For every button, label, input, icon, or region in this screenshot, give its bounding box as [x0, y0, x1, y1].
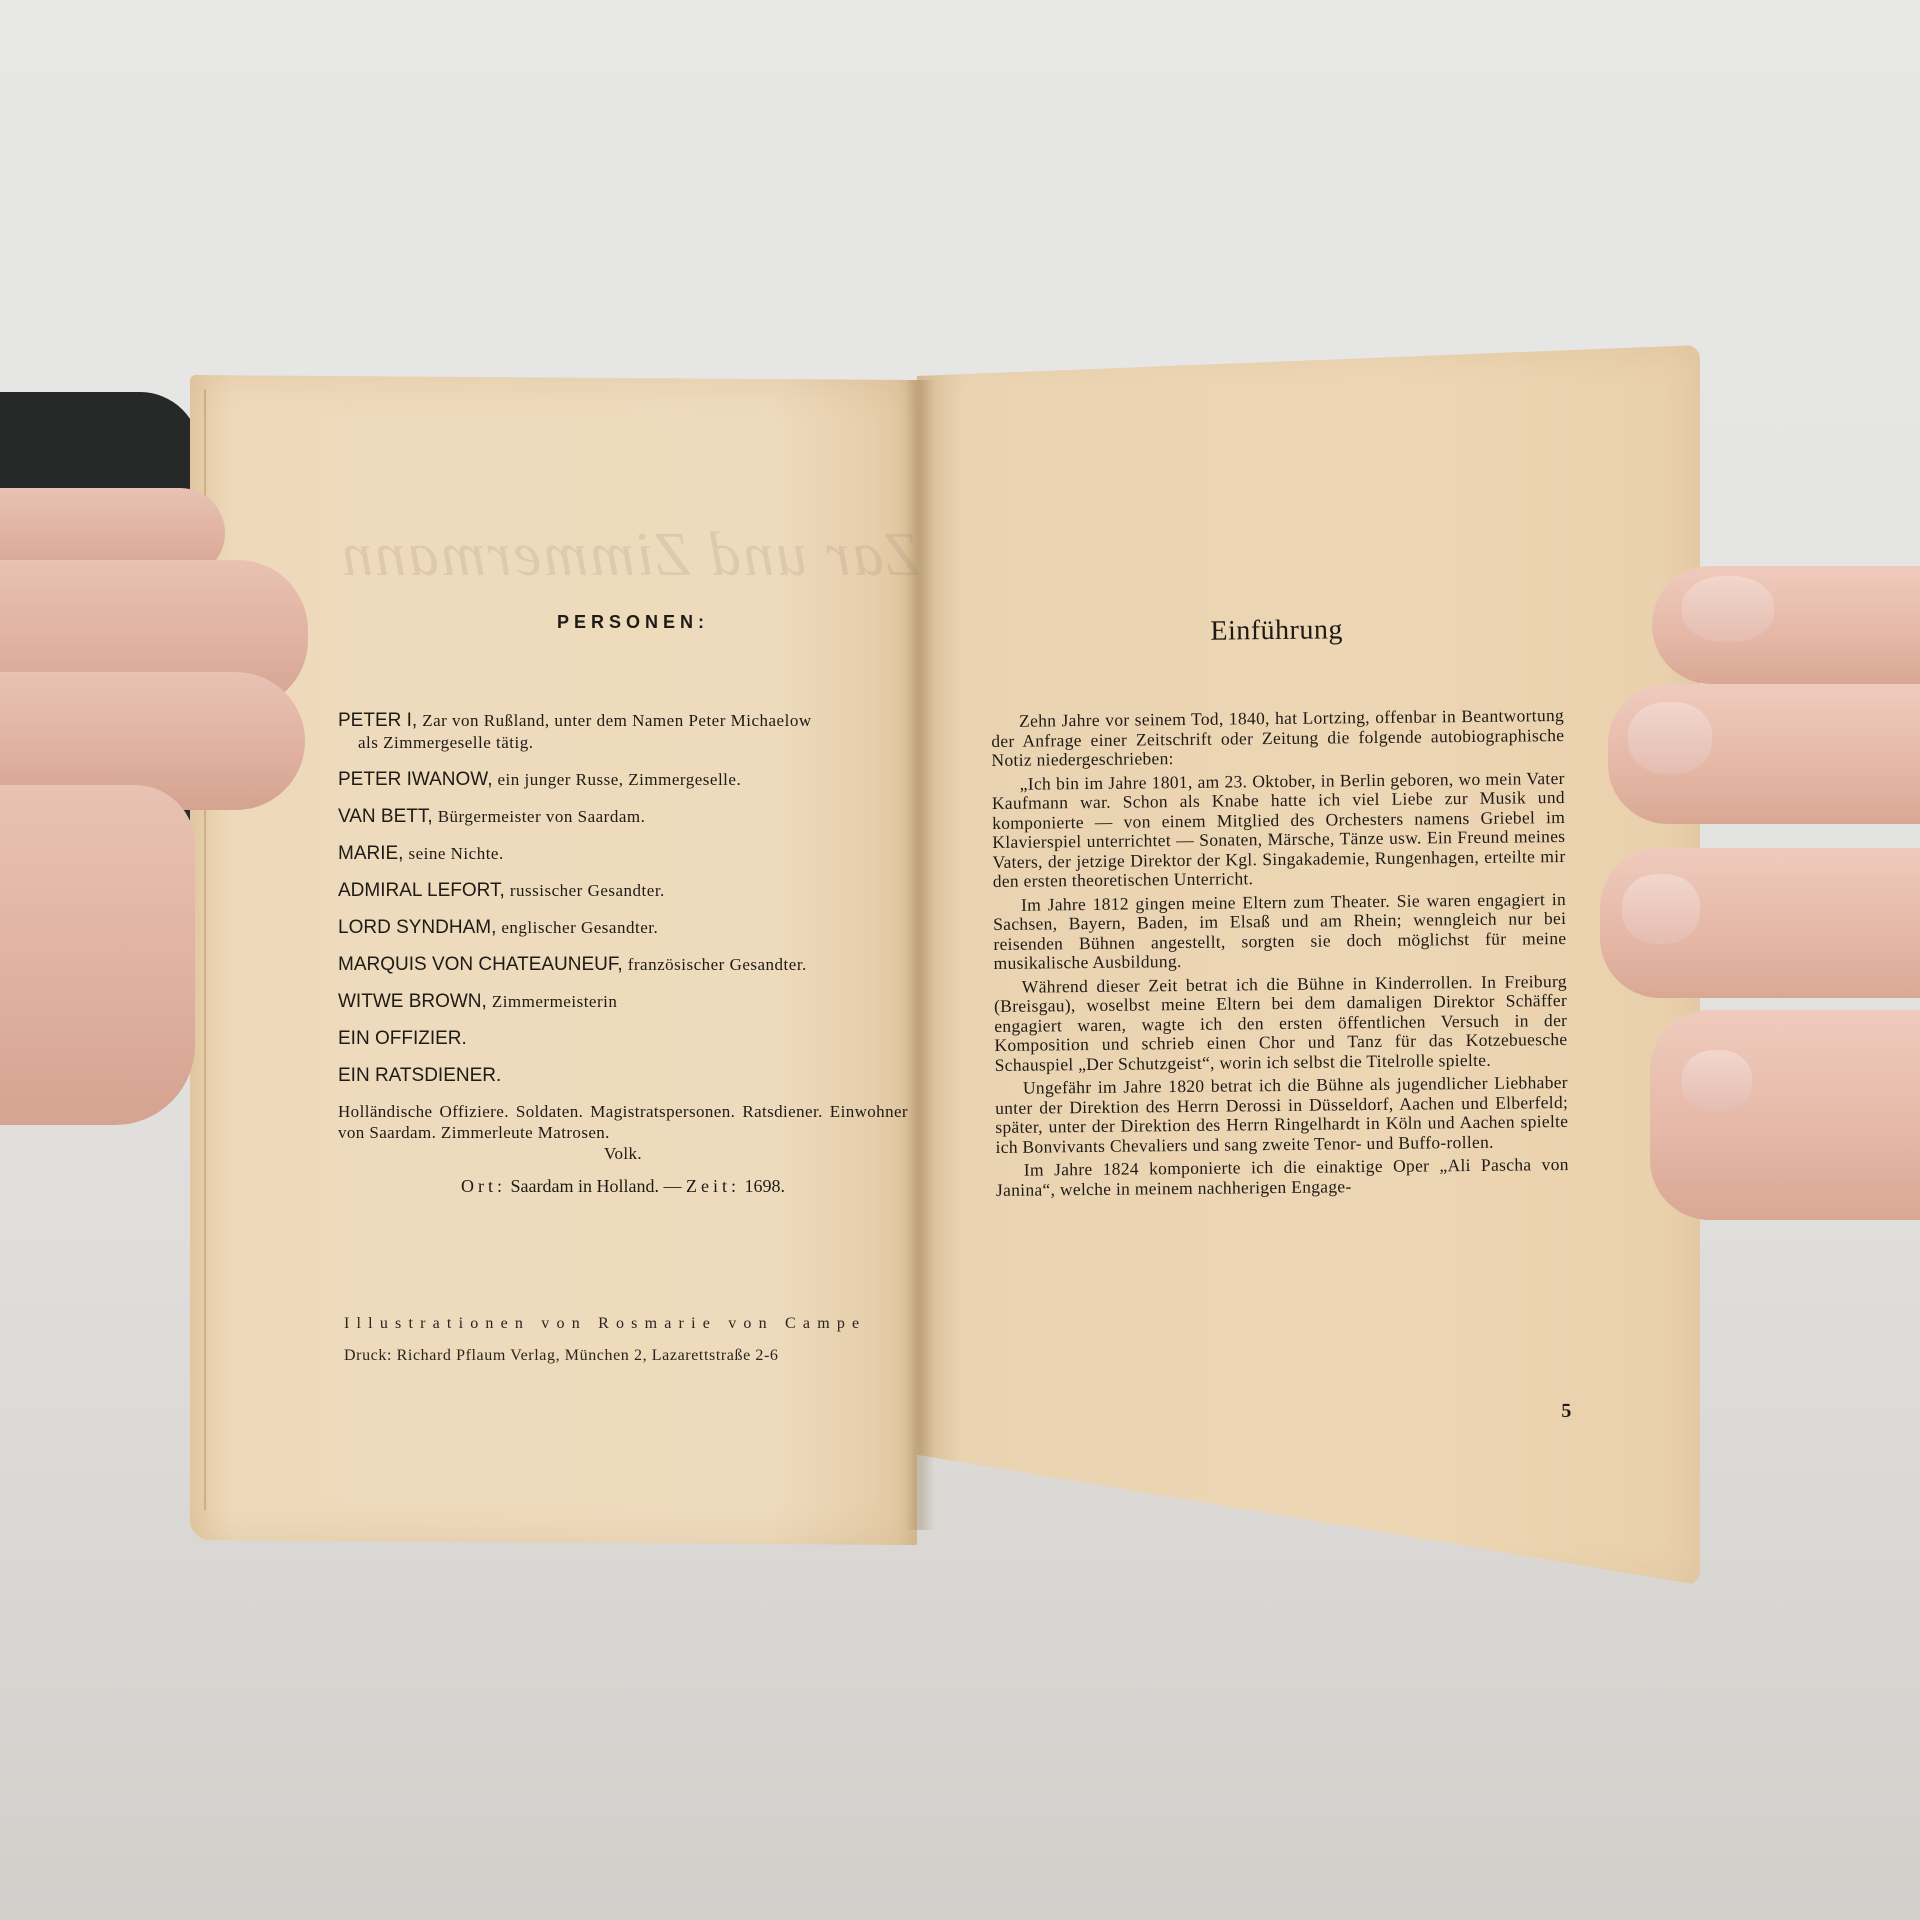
cast-name: VAN BETT, [338, 806, 433, 827]
imprint-credits: Illustrationen von Rosmarie von Campe Dr… [344, 1315, 904, 1365]
cast-description: französischer Gesandter. [628, 955, 807, 974]
cast-description: Zar von Rußland, unter dem Namen Peter M… [422, 711, 811, 730]
setting-line: Ort: Saardam in Holland. — Zeit: 1698. [338, 1176, 908, 1197]
cast-description: ein junger Russe, Zimmergeselle. [497, 770, 741, 789]
cast-description: englischer Gesandter. [501, 918, 658, 937]
cast-entry: VAN BETT, Bürgermeister von Saardam. [338, 805, 908, 828]
cast-name: ADMIRAL LEFORT, [338, 880, 505, 901]
time-value: 1698. [744, 1176, 785, 1196]
chorus-extras: Holländische Offiziere. Soldaten. Magist… [338, 1101, 908, 1164]
body-paragraph: Im Jahre 1812 gingen meine Eltern zum Th… [993, 889, 1567, 973]
cast-name: WITWE BROWN, [338, 991, 487, 1012]
chapter-title: Einführung [990, 612, 1563, 650]
cast-entry: WITWE BROWN, Zimmermeisterin [338, 990, 908, 1013]
right-finger [1600, 848, 1920, 998]
cast-entry: EIN RATSDIENER. [338, 1064, 908, 1087]
time-label: Zeit: [686, 1176, 740, 1196]
cast-name: EIN RATSDIENER. [338, 1065, 501, 1086]
fingernail [1682, 576, 1774, 642]
right-finger [1652, 566, 1920, 684]
cast-name: LORD SYNDHAM, [338, 917, 496, 938]
body-paragraph: Während dieser Zeit betrat ich die Bühne… [994, 971, 1568, 1074]
introduction-page: Einführung Zehn Jahre vor seinem Tod, 18… [990, 612, 1569, 1204]
place-value: Saardam in Holland. [511, 1176, 659, 1196]
body-paragraph: Zehn Jahre vor seinem Tod, 1840, hat Lor… [991, 706, 1565, 770]
cast-description: russischer Gesandter. [510, 881, 665, 900]
cast-entry: PETER IWANOW, ein junger Russe, Zimmerge… [338, 768, 908, 791]
body-paragraph: Im Jahre 1824 komponierte ich die einakt… [996, 1155, 1569, 1200]
cast-entry: PETER I, Zar von Rußland, unter dem Name… [338, 709, 908, 754]
chorus-text: Holländische Offiziere. Soldaten. Magist… [338, 1102, 908, 1142]
cast-entry: ADMIRAL LEFORT, russischer Gesandter. [338, 879, 908, 902]
cast-name: MARQUIS VON CHATEAUNEUF, [338, 954, 623, 975]
cast-name: PETER I, [338, 710, 417, 731]
body-paragraph: Ungefähr im Jahre 1820 betrat ich die Bü… [995, 1073, 1569, 1157]
page-number: 5 [1561, 1400, 1571, 1423]
cast-entry: EIN OFFIZIER. [338, 1027, 908, 1050]
cast-description: seine Nichte. [408, 844, 503, 863]
right-finger [1650, 1010, 1920, 1220]
fingernail [1682, 1050, 1752, 1112]
fingernail [1622, 874, 1700, 944]
fingernail [1628, 702, 1712, 774]
setting-dash: — [663, 1176, 681, 1196]
cast-entry: MARIE, seine Nichte. [338, 842, 908, 865]
cast-description: Bürgermeister von Saardam. [438, 807, 646, 826]
cast-name: MARIE, [338, 843, 403, 864]
chorus-last: Volk. [338, 1143, 908, 1164]
printer-credit: Druck: Richard Pflaum Verlag, München 2,… [344, 1347, 904, 1365]
cast-description-cont: als Zimmergeselle tätig. [338, 732, 908, 754]
body-paragraph: „Ich bin im Jahre 1801, am 23. Oktober, … [992, 768, 1566, 891]
bleed-through-title: Zar und Zimmermann [330, 520, 930, 591]
cast-entry: MARQUIS VON CHATEAUNEUF, französischer G… [338, 953, 908, 976]
cast-heading: PERSONEN: [338, 612, 908, 633]
cast-list-page: PERSONEN: PETER I, Zar von Rußland, unte… [338, 600, 908, 1197]
place-label: Ort: [461, 1176, 506, 1196]
right-finger [1608, 684, 1920, 824]
cast-name: EIN OFFIZIER. [338, 1028, 467, 1049]
cast-name: PETER IWANOW, [338, 769, 492, 790]
left-finger [0, 785, 195, 1125]
cast-entry: LORD SYNDHAM, englischer Gesandter. [338, 916, 908, 939]
illustrator-credit: Illustrationen von Rosmarie von Campe [344, 1315, 904, 1333]
cast-description: Zimmermeisterin [492, 992, 618, 1011]
